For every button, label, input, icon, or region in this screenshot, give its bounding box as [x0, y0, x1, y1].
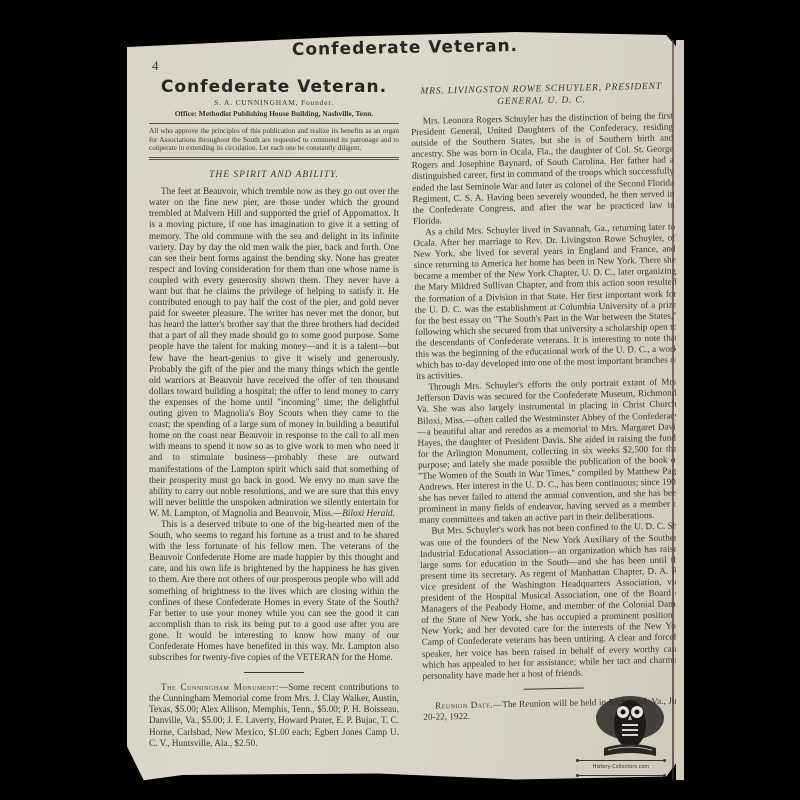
article-paragraph: Through Mrs. Schuyler's efforts the only…	[416, 377, 681, 527]
masthead-founder: S. A. CUNNINGHAM, Founder.	[149, 97, 399, 108]
owl-on-book-icon	[590, 690, 670, 762]
article-paragraph: This is a deserved tribute to one of the…	[149, 519, 399, 663]
reunion-heading: Reunion Date.	[435, 699, 493, 710]
masthead-title: Confederate Veteran.	[149, 82, 399, 93]
running-head: Confederate Veteran.	[127, 33, 683, 63]
watermark-dot	[576, 759, 579, 762]
watermark-rule	[578, 775, 664, 776]
article-paragraph: The feet at Beauvoir, which tremble now …	[149, 186, 399, 519]
left-column: Confederate Veteran. S. A. CUNNINGHAM, F…	[149, 82, 399, 749]
article-paragraph: As a child Mrs. Schuyler lived in Savann…	[413, 221, 678, 382]
article-heading-schuyler: MRS. LIVINGSTON ROWE SCHUYLER, PRESIDENT…	[410, 81, 672, 110]
article-paragraph: But Mrs. Schuyler's work has not been co…	[419, 521, 684, 682]
divider	[244, 672, 304, 673]
monument-heading: The Cunningham Monument:	[161, 682, 279, 692]
page-fold-shadow	[672, 40, 674, 780]
next-page-edge	[676, 40, 684, 780]
magazine-page: Confederate Veteran. 4 Confederate Veter…	[127, 32, 683, 784]
article-heading-spirit-ability: THE SPIRIT AND ABILITY.	[149, 170, 399, 181]
watermark-logo: History-Collectors.com	[570, 690, 680, 785]
watermark-dot	[663, 759, 666, 762]
watermark-text: History-Collectors.com	[570, 764, 672, 770]
source-credit: Biloxi Herald.	[342, 508, 395, 518]
article-paragraph: Mrs. Leonora Rogers Schuyler has the dis…	[411, 111, 675, 227]
paragraph-text: The feet at Beauvoir, which tremble now …	[149, 186, 399, 518]
watermark-dot	[663, 774, 666, 777]
watermark-rule	[578, 760, 664, 761]
page-number: 4	[152, 58, 159, 74]
monument-notice: The Cunningham Monument:—Some recent con…	[149, 682, 399, 749]
watermark-dot	[576, 774, 579, 777]
right-column: MRS. LIVINGSTON ROWE SCHUYLER, PRESIDENT…	[410, 77, 685, 723]
masthead-office: Office: Methodist Publishing House Build…	[149, 108, 399, 119]
divider	[149, 123, 399, 124]
masthead-notice: All who approve the principles of this p…	[149, 126, 399, 154]
divider	[149, 157, 399, 160]
